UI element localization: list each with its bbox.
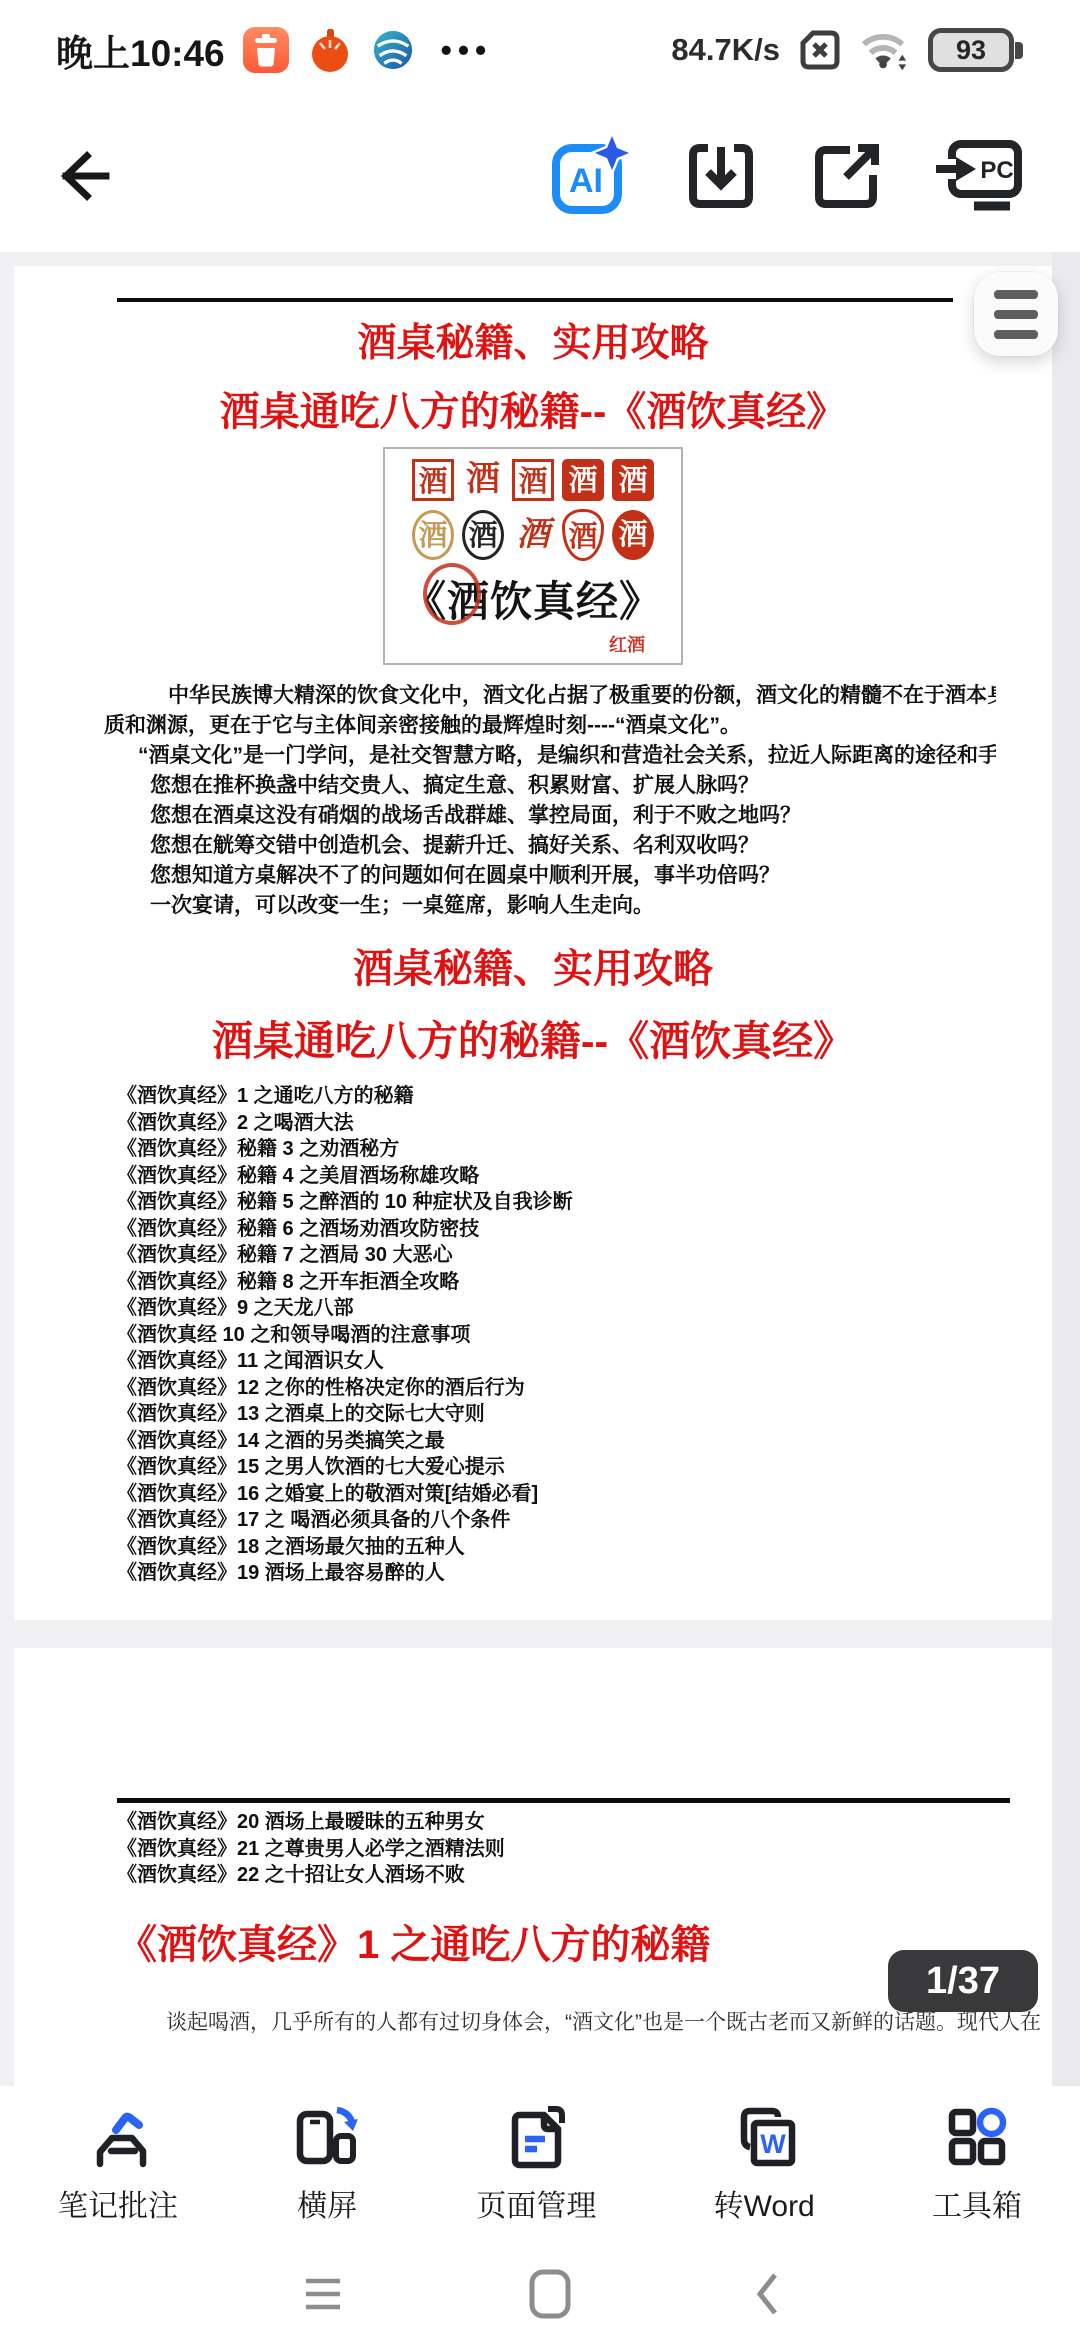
ai-icon-label: AI	[569, 162, 603, 200]
seal-stamp: 酒	[612, 459, 654, 501]
ai-assistant-button[interactable]: AI	[546, 134, 634, 218]
toc-item: 《酒饮真经》12 之你的性格决定你的酒后行为	[117, 1375, 1052, 1402]
toc-item: 《酒饮真经》11 之闻酒识女人	[117, 1348, 1052, 1375]
hamburger-icon	[994, 290, 1038, 299]
toolbar-item-label: 工具箱	[932, 2181, 1022, 2225]
seal-stamp: 酒	[612, 510, 654, 560]
nav-back-button[interactable]	[754, 2271, 780, 2322]
toc-item: 《酒饮真经》14 之酒的另类搞笑之最	[117, 1428, 1052, 1455]
marker-pen-icon	[86, 2105, 150, 2169]
download-button[interactable]	[682, 137, 760, 215]
document-page-1: 酒桌秘籍、实用攻略 酒桌通吃八方的秘籍--《酒饮真经》 酒 酒 酒 酒 酒 酒 …	[14, 266, 1052, 1620]
menu-lines-icon	[300, 2277, 346, 2311]
seal-stamp: 酒	[462, 510, 504, 560]
toc-item: 《酒饮真经》1 之通吃八方的秘籍	[117, 1083, 1052, 1110]
paragraph-line: 您想知道方桌解决不了的问题如何在圆桌中顺利开展，事半功倍吗？	[104, 861, 996, 891]
document-page-2: 《酒饮真经》20 酒场上最暧昧的五种男女《酒饮真经》21 之尊贵男人必学之酒精法…	[14, 1648, 1052, 2086]
seal-stamp: 酒	[562, 509, 604, 561]
scrollbar-track[interactable]	[1052, 252, 1080, 2086]
sim-disabled-icon	[798, 28, 842, 72]
seal-stamp: 酒	[512, 514, 554, 556]
bottom-toolbar: 笔记批注 横屏 页面管理 W 转Word	[0, 2086, 1080, 2252]
toolbar-item-label: 笔记批注	[58, 2181, 178, 2225]
word-letter: W	[760, 2129, 786, 2159]
toolbar-item-label: 转Word	[714, 2181, 815, 2225]
seal-stamp: 酒	[512, 459, 554, 501]
nav-menu-button[interactable]	[300, 2277, 346, 2316]
outline-menu-button[interactable]	[974, 272, 1058, 356]
seal-stamp-row-2: 酒 酒 酒 酒 酒	[393, 509, 673, 561]
table-of-contents-continued: 《酒饮真经》20 酒场上最暧昧的五种男女《酒饮真经》21 之尊贵男人必学之酒精法…	[14, 1809, 1052, 1889]
seal-caption: 红酒	[393, 631, 673, 657]
app-toolbar: AI PC	[0, 100, 1080, 252]
landscape-mode-button[interactable]: 横屏	[295, 2105, 359, 2225]
header-rule	[117, 1798, 1010, 1803]
pc-icon-label: PC	[980, 157, 1013, 184]
rotate-screen-icon	[295, 2105, 359, 2169]
doc-title-line1: 酒桌秘籍、实用攻略	[14, 312, 1052, 368]
toc-item: 《酒饮真经》17 之 喝酒必须具备的八个条件	[117, 1507, 1052, 1534]
network-speed: 84.7K/s	[671, 32, 780, 68]
header-rule	[117, 298, 953, 302]
battery-percent: 93	[956, 35, 986, 66]
wifi-icon	[860, 28, 910, 72]
toc-item: 《酒饮真经 10 之和领导喝酒的注意事项	[117, 1322, 1052, 1349]
paragraph-line: 您想在推杯换盏中结交贵人、搞定生意、积累财富、扩展人脉吗？	[104, 771, 996, 801]
paragraph-line: 中华民族博大精深的饮食文化中，酒文化占据了极重要的份额，酒文化的精髓不在于酒本身…	[104, 681, 996, 711]
home-square-icon	[528, 2268, 572, 2320]
paragraph-line: “酒桌文化”是一门学问，是社交智慧方略，是编织和营造社会关系，拉近人际距离的途径…	[104, 741, 996, 771]
toolbar-item-label: 横屏	[297, 2181, 357, 2225]
to-word-icon: W	[732, 2105, 796, 2169]
toc-item: 《酒饮真经》15 之男人饮酒的七大爱心提示	[117, 1454, 1052, 1481]
hamburger-icon	[994, 310, 1038, 319]
back-chevron-icon	[754, 2271, 780, 2317]
doc-title-line2-repeat: 酒桌通吃八方的秘籍--《酒饮真经》	[14, 1008, 1052, 1067]
page-management-button[interactable]: 页面管理	[476, 2105, 596, 2225]
toolbar-item-label: 页面管理	[476, 2181, 596, 2225]
toc-item: 《酒饮真经》秘籍 3 之劝酒秘方	[117, 1136, 1052, 1163]
more-notifications-dots: •••	[441, 32, 493, 69]
toc-item: 《酒饮真经》20 酒场上最暧昧的五种男女	[117, 1809, 1052, 1836]
table-of-contents: 《酒饮真经》1 之通吃八方的秘籍《酒饮真经》2 之喝酒大法《酒饮真经》秘籍 3 …	[14, 1083, 1052, 1587]
toc-item: 《酒饮真经》13 之酒桌上的交际七大守则	[117, 1401, 1052, 1428]
page-management-icon	[504, 2105, 568, 2169]
toolbox-button[interactable]: 工具箱	[932, 2105, 1022, 2225]
status-bar: 晚上10:46 ••• 84.7K/s	[0, 0, 1080, 100]
seal-ring-decoration	[423, 563, 481, 625]
toc-item: 《酒饮真经》秘籍 5 之醉酒的 10 种症状及自我诊断	[117, 1189, 1052, 1216]
convert-to-word-button[interactable]: W 转Word	[714, 2105, 815, 2225]
seal-stamp: 酒	[412, 510, 454, 560]
paragraph-line: 您想在觥筹交错中创造机会、提薪升迁、搞好关系、名利双收吗？	[104, 831, 996, 861]
seal-stamp: 酒	[562, 459, 604, 501]
system-nav-bar	[0, 2252, 1080, 2340]
seal-artwork: 酒 酒 酒 酒 酒 酒 酒 酒 酒 酒 《酒饮真经》 红酒	[383, 447, 683, 665]
export-share-button[interactable]	[808, 137, 886, 215]
toc-item: 《酒饮真经》18 之酒场最欠抽的五种人	[117, 1534, 1052, 1561]
intro-paragraph: 中华民族博大精深的饮食文化中，酒文化占据了极重要的份额，酒文化的精髓不在于酒本身…	[14, 681, 1052, 921]
document-viewport[interactable]: 酒桌秘籍、实用攻略 酒桌通吃八方的秘籍--《酒饮真经》 酒 酒 酒 酒 酒 酒 …	[0, 252, 1080, 2086]
hamburger-icon	[994, 330, 1038, 339]
toc-item: 《酒饮真经》秘籍 8 之开车拒酒全攻略	[117, 1269, 1052, 1296]
notification-app-icon-tomato	[307, 27, 353, 73]
clock: 晚上10:46	[56, 23, 225, 77]
seal-stamp: 酒	[412, 459, 454, 501]
toolbox-icon	[945, 2105, 1009, 2169]
nav-home-button[interactable]	[528, 2268, 572, 2325]
toc-item: 《酒饮真经》9 之天龙八部	[117, 1295, 1052, 1322]
toc-item: 《酒饮真经》秘籍 7 之酒局 30 大恶心	[117, 1242, 1052, 1269]
toc-item: 《酒饮真经》秘籍 4 之美眉酒场称雄攻略	[117, 1163, 1052, 1190]
seal-stamp-row-1: 酒 酒 酒 酒 酒	[393, 459, 673, 501]
paragraph-line: 您想在酒桌这没有硝烟的战场舌战群雄、掌控局面，利于不败之地吗？	[104, 801, 996, 831]
toc-item: 《酒饮真经》2 之喝酒大法	[117, 1110, 1052, 1137]
seal-title: 《酒饮真经》	[393, 569, 673, 629]
toc-item: 《酒饮真经》22 之十招让女人酒场不败	[117, 1862, 1052, 1889]
send-to-pc-button[interactable]: PC	[934, 136, 1026, 216]
back-button[interactable]	[54, 147, 112, 205]
paragraph-line: 一次宴请，可以改变一生；一桌筵席，影响人生走向。	[104, 891, 996, 921]
back-arrow-icon	[54, 147, 112, 205]
paragraph-line: 质和渊源，更在于它与主体间亲密接触的最辉煌时刻----“酒桌文化”。	[104, 711, 996, 741]
doc-title-line2: 酒桌通吃八方的秘籍--《酒饮真经》	[14, 380, 1052, 437]
notes-annotation-button[interactable]: 笔记批注	[58, 2105, 178, 2225]
toc-item: 《酒饮真经》21 之尊贵男人必学之酒精法则	[117, 1836, 1052, 1863]
send-to-pc-icon: PC	[934, 136, 1026, 216]
toc-item: 《酒饮真经》19 酒场上最容易醉的人	[117, 1560, 1052, 1587]
doc-title-line1-repeat: 酒桌秘籍、实用攻略	[14, 937, 1052, 994]
seal-stamp: 酒	[462, 459, 504, 501]
toc-item: 《酒饮真经》16 之婚宴上的敬酒对策[结婚必看]	[117, 1481, 1052, 1508]
notification-app-icon-trash	[243, 27, 289, 73]
export-icon	[808, 137, 886, 215]
battery-indicator: 93	[928, 28, 1014, 72]
toc-item: 《酒饮真经》秘籍 6 之酒场劝酒攻防密技	[117, 1216, 1052, 1243]
notification-app-icon-carrier	[371, 28, 415, 72]
ai-icon: AI	[546, 134, 634, 218]
download-icon	[682, 137, 760, 215]
page-indicator-badge: 1/37	[888, 1950, 1038, 2012]
